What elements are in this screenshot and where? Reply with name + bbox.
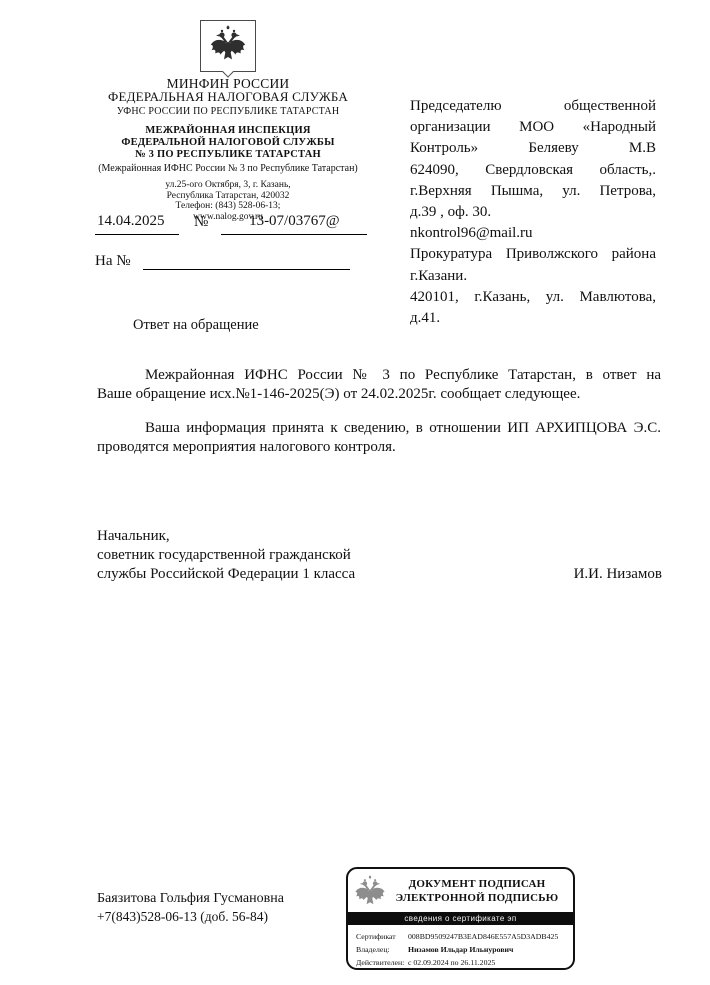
addressee-line: Председателю общественной xyxy=(410,96,656,117)
body-line: Ваше обращение исх.№1-146-2025(Э) от 24.… xyxy=(97,385,661,404)
electronic-signature-stamp: ДОКУМЕНТ ПОДПИСАН ЭЛЕКТРОННОЙ ПОДПИСЬЮ с… xyxy=(346,867,575,970)
executor-contact: Баязитова Гольфия Гусмановна +7(843)528-… xyxy=(97,890,284,925)
body-line: проводятся мероприятия налогового контро… xyxy=(97,438,661,457)
incoming-number-line xyxy=(143,251,350,270)
owner-row: Владелец: Низамов Ильдар Ильнурович xyxy=(356,943,567,956)
signature-block: Начальник, советник государственной граж… xyxy=(97,527,662,584)
addressee-line: организации МОО «Народный xyxy=(410,117,656,138)
signer-position-row: службы Российской Федерации 1 класса И.И… xyxy=(97,565,662,584)
stamp-eagle-icon xyxy=(353,874,387,910)
inspection-line3: № 3 ПО РЕСПУБЛИКЕ ТАТАРСТАН xyxy=(60,149,396,161)
body-line: Межрайонная ИФНС России № 3 по Республик… xyxy=(97,366,661,385)
double-headed-eagle-icon xyxy=(208,24,248,66)
incoming-reference-row: На № xyxy=(95,251,350,270)
validity-value: с 02.09.2024 по 26.11.2025 xyxy=(408,956,567,969)
addressee-line: 624090, Свердловская область,. xyxy=(410,160,656,181)
stamp-title-line1: ДОКУМЕНТ ПОДПИСАН xyxy=(387,878,567,892)
department-name: УФНС РОССИИ ПО РЕСПУБЛИКЕ ТАТАРСТАН xyxy=(60,106,396,117)
inspection-short-name: (Межрайонная ИФНС России № 3 по Республи… xyxy=(60,163,396,174)
letter-subject: Ответ на обращение xyxy=(133,317,259,334)
signer-name: И.И. Низамов xyxy=(574,565,662,584)
stamp-header: ДОКУМЕНТ ПОДПИСАН ЭЛЕКТРОННОЙ ПОДПИСЬЮ xyxy=(348,869,573,912)
stamp-title: ДОКУМЕНТ ПОДПИСАН ЭЛЕКТРОННОЙ ПОДПИСЬЮ xyxy=(387,878,567,905)
inspection-phone: Телефон: (843) 528-06-13; xyxy=(60,201,396,211)
addressee-line: Контроль» Беляеву М.В xyxy=(410,138,656,159)
owner-value: Низамов Ильдар Ильнурович xyxy=(408,943,567,956)
inspection-line1: МЕЖРАЙОННАЯ ИНСПЕКЦИЯ xyxy=(60,125,396,137)
stamp-certificate-banner: сведения о сертификате эп xyxy=(348,912,573,925)
addressee-line: д.41. xyxy=(410,308,656,329)
addressee-line: Прокуратура Приволжского района xyxy=(410,244,656,265)
validity-label: Действителен: xyxy=(356,956,408,969)
outgoing-reference-row: 14.04.2025 № 13-07/03767@ xyxy=(95,213,367,235)
body-paragraph-2: Ваша информация принята к сведению, в от… xyxy=(97,419,661,456)
letterhead: МИНФИН РОССИИ ФЕДЕРАЛЬНАЯ НАЛОГОВАЯ СЛУЖ… xyxy=(60,20,396,222)
owner-label: Владелец: xyxy=(356,943,408,956)
executor-name: Баязитова Гольфия Гусмановна xyxy=(97,890,284,908)
signer-position-line3: службы Российской Федерации 1 класса xyxy=(97,565,355,584)
address-line2: Республика Татарстан, 420032 xyxy=(60,191,396,201)
certificate-value: 008BD9509247B3EAD846E557A5D3ADB425 xyxy=(408,930,567,943)
validity-row: Действителен: с 02.09.2024 по 26.11.2025 xyxy=(356,956,567,969)
addressee-line: г.Казани. xyxy=(410,266,656,287)
addressee-line: г.Верхняя Пышма, ул. Петрова, xyxy=(410,181,656,202)
letter-number: 13-07/03767@ xyxy=(221,213,367,235)
addressee-line: 420101, г.Казань, ул. Мавлютова, xyxy=(410,287,656,308)
certificate-label: Сертификат xyxy=(356,930,408,943)
coat-of-arms-box xyxy=(200,20,256,72)
body-line: Ваша информация принята к сведению, в от… xyxy=(97,419,661,438)
signer-position-line1: Начальник, xyxy=(97,527,662,546)
certificate-row: Сертификат 008BD9509247B3EAD846E557A5D3A… xyxy=(356,930,567,943)
stamp-certificate-details: Сертификат 008BD9509247B3EAD846E557A5D3A… xyxy=(348,925,573,970)
address-line1: ул.25-ого Октября, 3, г. Казань, xyxy=(60,180,396,190)
letter-date: 14.04.2025 xyxy=(95,213,179,235)
stamp-title-line2: ЭЛЕКТРОННОЙ ПОДПИСЬЮ xyxy=(387,892,567,906)
addressee-line: д.39 , оф. 30. xyxy=(410,202,656,223)
addressee-email: nkontrol96@mail.ru xyxy=(410,223,656,244)
inspection-name: МЕЖРАЙОННАЯ ИНСПЕКЦИЯ ФЕДЕРАЛЬНОЙ НАЛОГО… xyxy=(60,125,396,161)
official-letter-page: МИНФИН РОССИИ ФЕДЕРАЛЬНАЯ НАЛОГОВАЯ СЛУЖ… xyxy=(0,0,710,985)
body-paragraph-1: Межрайонная ИФНС России № 3 по Республик… xyxy=(97,366,661,403)
executor-phone: +7(843)528-06-13 (доб. 56-84) xyxy=(97,908,284,926)
inspection-line2: ФЕДЕРАЛЬНОЙ НАЛОГОВОЙ СЛУЖБЫ xyxy=(60,137,396,149)
incoming-number-label: На № xyxy=(95,253,131,270)
signer-position-line2: советник государственной гражданской xyxy=(97,546,662,565)
number-sign: № xyxy=(194,214,208,235)
service-name: ФЕДЕРАЛЬНАЯ НАЛОГОВАЯ СЛУЖБА xyxy=(60,91,396,103)
addressee-block: Председателю общественной организации МО… xyxy=(410,96,656,329)
